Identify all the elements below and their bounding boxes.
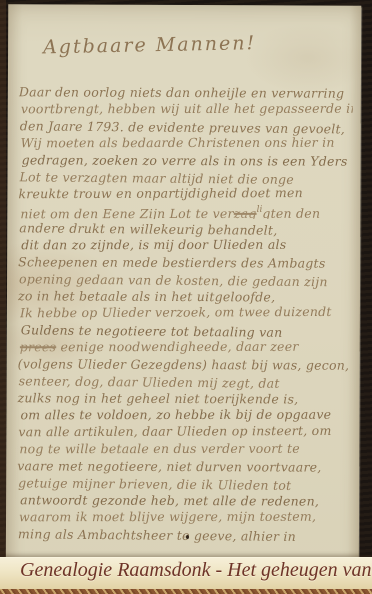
handwritten-text: gedragen, zoeken zo verre als in ons is … xyxy=(22,152,348,168)
handwritten-text: dit dan zo zijnde, is mij door Ulieden a… xyxy=(21,237,286,252)
handwritten-text: kreukte trouw en onpartijdigheid doet me… xyxy=(18,185,303,201)
handwritten-line: getuige mijner brieven, die ik Ulieden t… xyxy=(18,474,351,494)
handwritten-text: voortbrengt, hebben wij uit alle het gep… xyxy=(21,101,353,117)
handwritten-correction: zag xyxy=(234,206,257,219)
handwritten-text: (volgens Ulieder Gezegdens) haast bij wa… xyxy=(18,356,350,372)
handwritten-line: ming als Ambachtsheer te geeve, alhier i… xyxy=(18,525,351,545)
handwritten-text: niet om den Eene Zijn Lot te ver xyxy=(20,206,233,219)
handwritten-text: Scheepenen en mede bestierders des Ambag… xyxy=(18,254,325,270)
handwritten-text: van alle artikulen, daar Ulieden op inst… xyxy=(18,423,331,439)
watermark-text: Genealogie Raamsdonk - Het geheugen van … xyxy=(20,559,372,582)
handwritten-text: Daar den oorlog niets dan onheijle en ve… xyxy=(19,84,344,100)
handwritten-text: nog te wille betaale en dus verder voort… xyxy=(19,441,300,456)
letter-salutation: Agtbaare Mannen! xyxy=(43,30,353,58)
watermark-bar: Genealogie Raamsdonk - Het geheugen van … xyxy=(0,557,372,589)
ornament-border xyxy=(0,589,372,594)
handwritten-text: gten den xyxy=(262,206,320,220)
handwritten-text: opening gedaan van de kosten, die gedaan… xyxy=(19,271,328,289)
handwritten-line: prees eenige noodwendigheede, daar zeer xyxy=(20,338,352,356)
handwritten-line: vaare met negotieere, niet durven voortv… xyxy=(17,457,351,475)
handwritten-text: senteer, dog, daar Ulieden mij zegt, dat xyxy=(19,373,280,391)
handwritten-text: getuige mijner brieven, die ik Ulieden t… xyxy=(18,475,291,493)
handwritten-line: gedragen, zoeken zo verre als in ons is … xyxy=(22,151,353,169)
handwritten-text: Ik hebbe op Ulieder verzoek, om twee dui… xyxy=(20,304,332,320)
handwritten-text: zo in het betaale als in het uitgeloofde… xyxy=(18,288,275,304)
handwritten-text: zulks nog in het geheel niet toerijkende… xyxy=(18,390,299,406)
handwritten-line: niet om den Eene Zijn Lot te verzagligte… xyxy=(20,202,352,220)
handwritten-text: ming als Ambachtsheer te geeve, alhier i… xyxy=(18,526,296,544)
handwritten-line: om alles te voldoen, zo hebbe ik bij de … xyxy=(20,406,351,424)
handwritten-line: Wij moeten als bedaarde Christenen ons h… xyxy=(21,134,353,152)
handwritten-text: eenige noodwendigheede, daar zeer xyxy=(56,339,298,354)
handwritten-line: voortbrengt, hebben wij uit alle het gep… xyxy=(21,100,353,118)
handwritten-line: Ik hebbe op Ulieder verzoek, om twee dui… xyxy=(20,303,352,321)
handwritten-text: Wij moeten als bedaarde Christenen ons h… xyxy=(21,135,335,151)
handwritten-text: waarom ik moet blijve wijgere, mijn toes… xyxy=(19,509,316,525)
handwritten-text: antwoordt gezonde heb, met alle de reden… xyxy=(20,492,319,508)
handwritten-line: kreukte trouw en onpartijdigheid doet me… xyxy=(18,184,352,202)
handwritten-text: om alles te voldoen, zo hebbe ik bij de … xyxy=(20,407,331,423)
letter-page: Agtbaare Mannen! Daar den oorlog niets d… xyxy=(6,4,362,589)
handwritten-line: waarom ik moet blijve wijgere, mijn toes… xyxy=(19,508,351,526)
handwritten-text: vaare met negotieere, niet durven voortv… xyxy=(17,458,321,474)
handwritten-line: Scheepenen en mede bestierders des Ambag… xyxy=(18,253,352,271)
handwritten-line: opening gedaan van de kosten, die gedaan… xyxy=(19,270,352,290)
handwritten-line: senteer, dog, daar Ulieden mij zegt, dat xyxy=(19,372,352,392)
handwritten-line: (volgens Ulieder Gezegdens) haast bij wa… xyxy=(18,355,352,373)
scanned-letter-photo: Agtbaare Mannen! Daar den oorlog niets d… xyxy=(0,0,372,594)
handwritten-correction: prees xyxy=(20,339,56,354)
handwritten-line: van alle artikulen, daar Ulieden op inst… xyxy=(18,422,351,440)
letter-body: Daar den oorlog niets dan onheijle en ve… xyxy=(17,83,353,543)
handwritten-line: dit dan zo zijnde, is mij door Ulieden a… xyxy=(21,236,352,254)
handwritten-line: nog te wille betaale en dus verder voort… xyxy=(19,440,351,458)
ink-blot xyxy=(186,535,189,539)
